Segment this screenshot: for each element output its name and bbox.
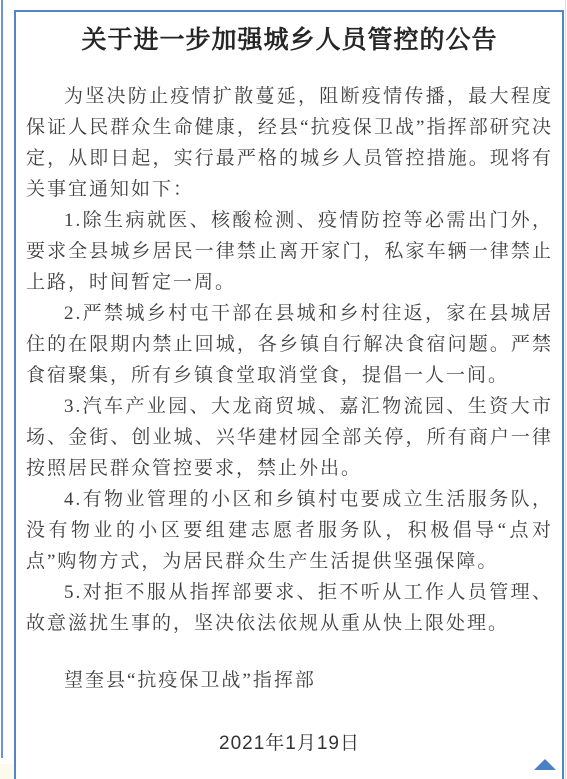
notice-date: 2021年1月19日: [26, 728, 553, 759]
notice-title: 关于进一步加强城乡人员管控的公告: [26, 24, 553, 58]
left-edge-line: [1, 0, 3, 758]
bottom-left-corner-artifact: [0, 764, 15, 779]
notice-paragraph-item-5: 5.对拒不服从指挥部要求、拒不听从工作人员管理、故意滋扰生事的，坚决依法依规从重…: [26, 577, 553, 639]
notice-body: 为坚决防止疫情扩散蔓延，阻断疫情传播，最大程度保证人民群众生命健康，经县“抗疫保…: [26, 81, 553, 639]
notice-signature: 望奎县“抗疫保卫战”指挥部: [26, 665, 553, 696]
notice-paragraph-intro: 为坚决防止疫情扩散蔓延，阻断疫情传播，最大程度保证人民群众生命健康，经县“抗疫保…: [26, 81, 553, 205]
notice-paragraph-item-4: 4.有物业管理的小区和乡镇村屯要成立生活服务队，没有物业的小区要组建志愿者服务队…: [26, 484, 553, 577]
right-edge-line: [565, 0, 566, 779]
notice-paragraph-item-3: 3.汽车产业园、大龙商贸城、嘉汇物流园、生资大市场、金街、创业城、兴华建材园全部…: [26, 391, 553, 484]
notice-border-frame: 关于进一步加强城乡人员管控的公告 为坚决防止疫情扩散蔓延，阻断疫情传播，最大程度…: [14, 10, 564, 779]
notice-paragraph-item-2: 2.严禁城乡村屯干部在县城和乡村往返，家在县城居住的在限期内禁止回城，各乡镇自行…: [26, 298, 553, 391]
notice-paragraph-item-1: 1.除生病就医、核酸检测、疫情防控等必需出门外，要求全县城乡居民一律禁止离开家门…: [26, 205, 553, 298]
corner-triangle-marker: [534, 759, 556, 770]
